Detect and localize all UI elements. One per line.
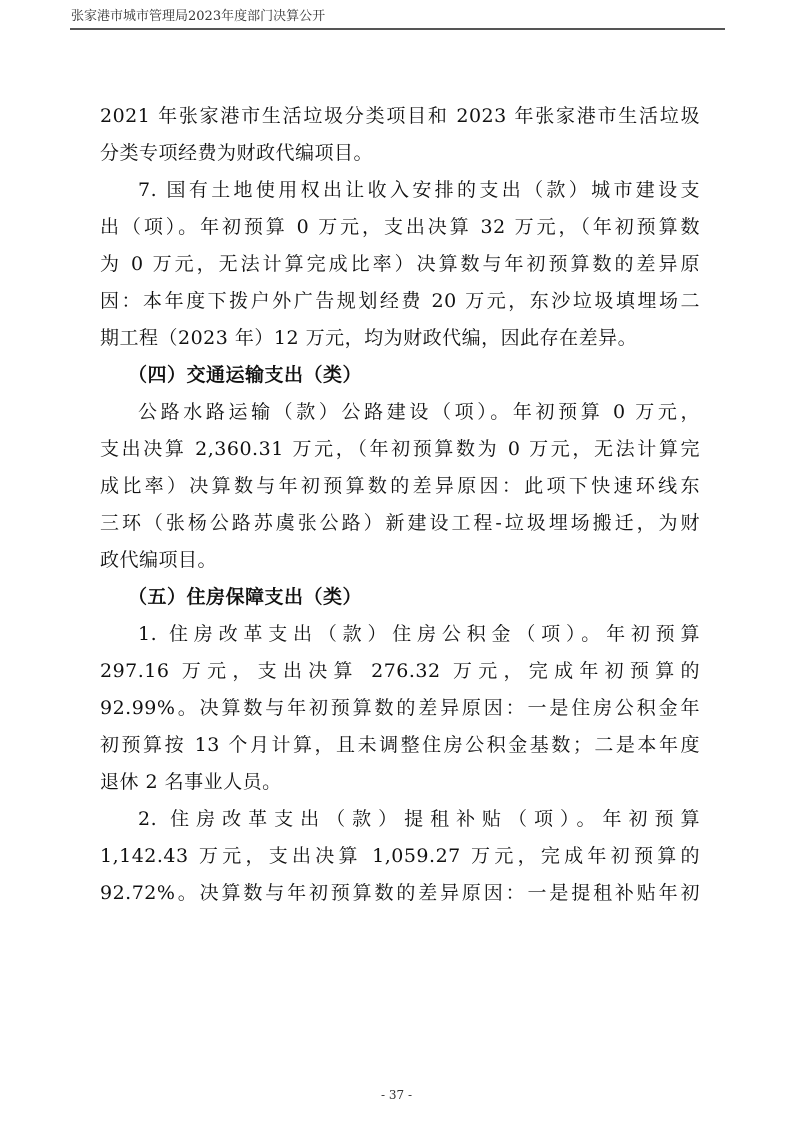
text-line: 297.16 万元，支出决算 276.32 万元，完成年初预算的 <box>100 653 700 690</box>
paragraph: 2021 年张家港市生活垃圾分类项目和 2023 年张家港市生活垃圾分类专项经费… <box>100 98 700 172</box>
section-heading: （五）住房保障支出（类） <box>100 579 700 616</box>
paragraph: 公路水路运输（款）公路建设（项）。年初预算 0 万元，支出决算 2,360.31… <box>100 394 700 579</box>
header-title: 张家港市城市管理局2023年度部门决算公开 <box>70 8 725 26</box>
text-line: 92.99%。决算数与年初预算数的差异原因：一是住房公积金年 <box>100 690 700 727</box>
text-line: 为 0 万元，无法计算完成比率）决算数与年初预算数的差异原 <box>100 246 700 283</box>
document-body: 2021 年张家港市生活垃圾分类项目和 2023 年张家港市生活垃圾分类专项经费… <box>100 98 700 912</box>
page-header: 张家港市城市管理局2023年度部门决算公开 <box>70 8 725 30</box>
text-line: 政代编项目。 <box>100 542 700 579</box>
text-line: 支出决算 2,360.31 万元，（年初预算数为 0 万元，无法计算完 <box>100 431 700 468</box>
text-line: 1,142.43 万元，支出决算 1,059.27 万元，完成年初预算的 <box>100 838 700 875</box>
text-line: 公路水路运输（款）公路建设（项）。年初预算 0 万元， <box>100 394 700 431</box>
text-line: 出（项）。年初预算 0 万元，支出决算 32 万元，（年初预算数 <box>100 209 700 246</box>
text-line: 因：本年度下拨户外广告规划经费 20 万元，东沙垃圾填埋场二 <box>100 283 700 320</box>
text-line: 2021 年张家港市生活垃圾分类项目和 2023 年张家港市生活垃圾 <box>100 98 700 135</box>
text-line: 分类专项经费为财政代编项目。 <box>100 135 700 172</box>
page-number: - 37 - <box>0 1088 793 1102</box>
text-line: 1. 住房改革支出（款）住房公积金（项）。年初预算 <box>100 616 700 653</box>
text-line: 退休 2 名事业人员。 <box>100 764 700 801</box>
header-divider <box>70 28 725 30</box>
text-line: 92.72%。决算数与年初预算数的差异原因：一是提租补贴年初 <box>100 875 700 912</box>
text-line: 7. 国有土地使用权出让收入安排的支出（款）城市建设支 <box>100 172 700 209</box>
paragraph: 2. 住房改革支出（款）提租补贴（项）。年初预算1,142.43 万元，支出决算… <box>100 801 700 912</box>
text-line: 成比率）决算数与年初预算数的差异原因：此项下快速环线东 <box>100 468 700 505</box>
text-line: 2. 住房改革支出（款）提租补贴（项）。年初预算 <box>100 801 700 838</box>
paragraph: 7. 国有土地使用权出让收入安排的支出（款）城市建设支出（项）。年初预算 0 万… <box>100 172 700 357</box>
section-heading: （四）交通运输支出（类） <box>100 357 700 394</box>
text-line: 三环（张杨公路苏虞张公路）新建设工程-垃圾埋场搬迁，为财 <box>100 505 700 542</box>
text-line: 期工程（2023 年）12 万元，均为财政代编，因此存在差异。 <box>100 320 700 357</box>
text-line: 初预算按 13 个月计算，且未调整住房公积金基数；二是本年度 <box>100 727 700 764</box>
paragraph: 1. 住房改革支出（款）住房公积金（项）。年初预算297.16 万元，支出决算 … <box>100 616 700 801</box>
